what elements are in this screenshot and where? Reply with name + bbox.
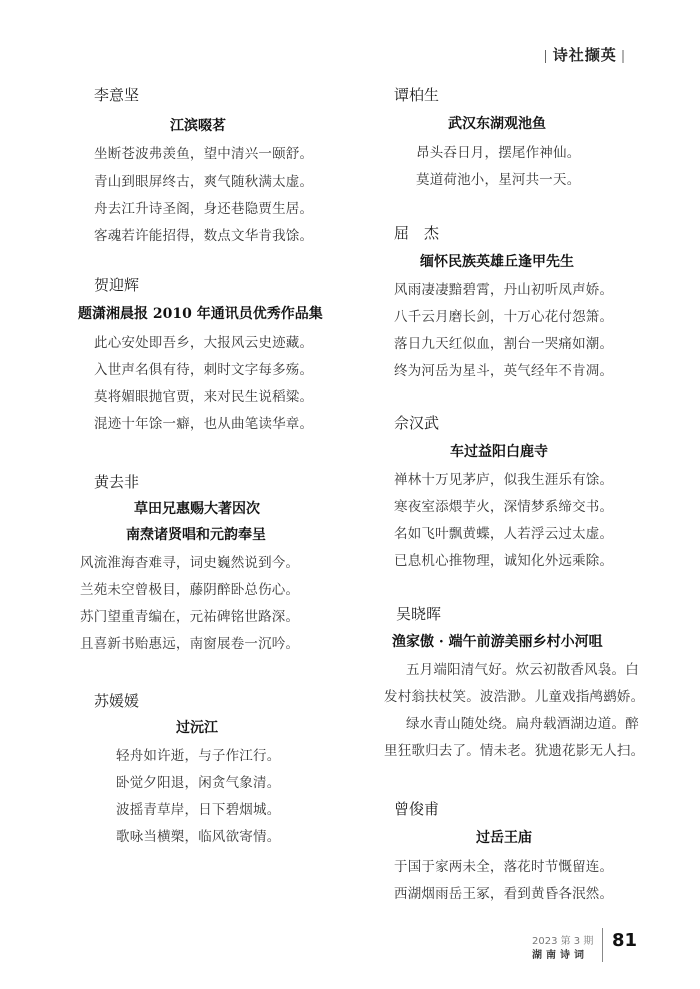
- poem-line: 客魂若许能招得，数点文华肯我馀。: [94, 224, 313, 244]
- poem-line: 青山到眼屏终古，爽气随秋满太虚。: [94, 170, 313, 190]
- poem-line: 波摇青草岸，日下碧烟城。: [116, 798, 280, 818]
- poem-author: 曾俊甫: [394, 798, 439, 819]
- poem-title: 渔家傲 · 端午前游美丽乡村小河咀: [392, 631, 603, 651]
- poem-line: 已息机心推物理，诚知化外远乘除。: [394, 549, 613, 569]
- poem-line: 歌咏当横槊，临风欲寄情。: [116, 825, 280, 845]
- header-bar-right: |: [622, 48, 626, 64]
- poem-author: 吴晓晖: [396, 603, 441, 624]
- poem-line: 风流淮海杳难寻，词史巍然说到今。: [80, 551, 299, 571]
- poem-line: 落日九天红似血，割台一哭痛如潮。: [394, 332, 613, 352]
- poem-author: 佘汉武: [394, 412, 439, 433]
- poem-title: 题潇湘晨报 2010 年通讯员优秀作品集: [78, 303, 323, 323]
- poem-line: 莫道荷池小，星河共一天。: [416, 168, 580, 188]
- poem-title-line2: 南焘诸贤唱和元韵奉呈: [126, 524, 266, 544]
- poem-line: 西湖烟雨岳王冢，看到黄昏各泯然。: [394, 882, 613, 902]
- poem-title: 车过益阳白鹿寺: [450, 441, 548, 461]
- issue-label: 2023 第 3 期: [532, 932, 593, 947]
- magazine-logo: 湖南诗词: [532, 946, 588, 961]
- section-header: | 诗社撷英 |: [544, 44, 626, 65]
- poem-line: 昂头吞日月，摆尾作神仙。: [416, 141, 580, 161]
- poem-line: 混迹十年馀一癖，也从曲笔读华章。: [94, 412, 313, 432]
- poem-line: 此心安处即吾乡，大报风云史迹藏。: [94, 331, 313, 351]
- poem-line: 入世声名俱有待，刺时文字每多殇。: [94, 358, 313, 378]
- poem-author: 屈 杰: [394, 222, 439, 243]
- poem-line: 发村翁扶杖笑。波浩渺。儿童戏指鸬鹚娇。: [384, 685, 644, 705]
- poem-title: 江滨啜茗: [170, 115, 226, 135]
- poem-title: 草田兄惠赐大著因次: [134, 498, 260, 518]
- poem-line: 名如飞叶飘黄蝶，人若浮云过太虚。: [394, 522, 613, 542]
- poem-author: 谭柏生: [394, 84, 439, 105]
- poem-line: 卧觉夕阳退，闲贪气象清。: [116, 771, 280, 791]
- section-title: 诗社撷英: [553, 48, 617, 64]
- poem-title: 过沅江: [176, 717, 218, 737]
- poem-author: 苏媛媛: [94, 690, 139, 711]
- poem-line: 绿水青山随处绕。扁舟载酒湖边道。醉: [406, 712, 639, 732]
- poem-author: 贺迎辉: [94, 274, 139, 295]
- poem-line: 里狂歌归去了。情未老。犹遗花影无人扫。: [384, 739, 644, 759]
- header-bar-left: |: [544, 48, 548, 64]
- poem-author: 黄去非: [94, 471, 139, 492]
- poem-title: 武汉东湖观池鱼: [448, 113, 546, 133]
- poem-line: 兰苑未空曾极目，藤阴醉卧总伤心。: [80, 578, 299, 598]
- poem-line: 莫将媚眼抛官贾，来对民生说稻粱。: [94, 385, 313, 405]
- footer-divider: [602, 928, 603, 962]
- poem-line: 五月端阳清气好。炊云初散香风袅。白: [406, 658, 639, 678]
- page-number: 81: [612, 930, 637, 951]
- poem-line: 八千云月磨长剑，十万心花付怨箫。: [394, 305, 613, 325]
- poem-line: 于国于家两未全，落花时节慨留连。: [394, 855, 613, 875]
- poem-line: 寒夜室添煨芋火，深情梦系缔交书。: [394, 495, 613, 515]
- poem-line: 坐断苍波弗羡鱼，望中清兴一颐舒。: [94, 142, 313, 162]
- poem-line: 苏门望重青编在，元祐碑铭世路深。: [80, 605, 299, 625]
- poem-line: 终为河岳为星斗，英气经年不肯凋。: [394, 359, 613, 379]
- poem-line: 风雨凄凄黯碧霄，丹山初听凤声娇。: [394, 278, 613, 298]
- poem-line: 且喜新书贻惠远，南窗展卷一沉吟。: [80, 632, 299, 652]
- poem-author: 李意坚: [94, 84, 139, 105]
- poem-title: 缅怀民族英雄丘逢甲先生: [420, 251, 574, 271]
- poem-line: 轻舟如许逝，与子作江行。: [116, 744, 280, 764]
- poem-title: 过岳王庙: [476, 827, 532, 847]
- poem-line: 舟去江升诗圣阁，身还巷隐贾生居。: [94, 197, 313, 217]
- poem-line: 禅林十万见茅庐，似我生涯乐有馀。: [394, 468, 613, 488]
